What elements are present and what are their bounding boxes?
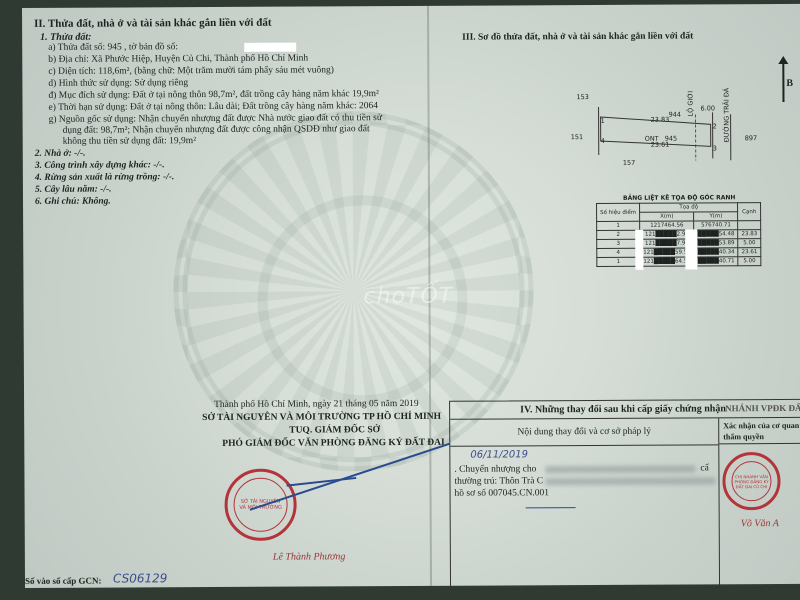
- branch-stamp-icon: CHI NHÁNH VĂN PHÒNG ĐĂNG KÝ ĐẤT ĐAI CỦ C…: [722, 452, 780, 510]
- section-iii-title: III. Sơ đồ thửa đất, nhà ở và tài sản kh…: [462, 31, 693, 42]
- entry-date: 06/11/2019: [470, 449, 528, 460]
- issuing-org: SỞ TÀI NGUYÊN VÀ MÔI TRƯỜNG TP HỒ CHÍ MI…: [202, 412, 441, 423]
- header-x: X(m): [640, 212, 694, 221]
- section-ii-subtitle: 1. Thửa đất:: [40, 32, 91, 43]
- signer-role-1: TUQ. GIÁM ĐỐC SỞ: [289, 425, 380, 435]
- watermark: choTỐT: [363, 284, 453, 309]
- entry-line-1: . Chuyển nhượng cho: [454, 464, 536, 474]
- entry-line-3: hồ sơ số 007045.CN.001: [455, 488, 550, 498]
- blurred-text: [545, 477, 715, 485]
- label-parcel-151: 151: [571, 133, 583, 141]
- parcel-diagram: 153 151 157 944 945 ONT 897 23.83 23.61 …: [582, 92, 800, 183]
- gcn-label: Số vào sổ cấp GCN:: [25, 576, 102, 586]
- item-perennial-trees: 5. Cây lâu năm: -/-.: [35, 185, 112, 195]
- item-forest: 4. Rừng sản xuất là rừng trồng: -/-.: [35, 172, 174, 183]
- field-area: c) Diện tích: 118,6m², (bằng chữ: Một tr…: [48, 65, 334, 76]
- branch-signer-name: Võ Văn A: [741, 518, 779, 529]
- field-parcel-number: a) Thửa đất số: 945 , tờ bản đồ số:: [48, 42, 178, 53]
- header-edge: Cạnh: [738, 203, 761, 221]
- label-parcel-897: 897: [745, 134, 757, 142]
- redacted-y-coords: [685, 229, 697, 269]
- issue-date-line: Thành phố Hồ Chí Minh, ngày 21 tháng 05 …: [214, 399, 419, 410]
- item-other-construction: 3. Công trình xây dựng khác: -/-.: [35, 160, 165, 171]
- label-point-2: 2: [713, 122, 717, 130]
- blurred-text: [545, 465, 695, 473]
- field-origin: g) Nguồn gốc sử dụng: Nhận chuyển nhượng…: [49, 113, 382, 125]
- col-header-content: Nội dung thay đổi và cơ sở pháp lý: [450, 418, 718, 446]
- redacted-x-coords: [635, 230, 643, 270]
- label-road-width: 6.00: [701, 104, 716, 112]
- label-edge-bottom: 23.61: [651, 141, 670, 149]
- col-header-confirmation: Xác nhận của cơ quan có thẩm quyền: [719, 418, 800, 445]
- entry-tail: cấ: [700, 463, 708, 473]
- field-usage-form: d) Hình thức sử dụng: Sử dụng riêng: [48, 78, 188, 89]
- item-notes: 6. Ghi chú: Không.: [35, 197, 111, 207]
- header-point: Số hiệu điểm: [597, 203, 640, 221]
- field-address: b) Địa chỉ: Xã Phước Hiệp, Huyện Củ Chi,…: [48, 54, 308, 65]
- signer-role-2: PHÓ GIÁM ĐỐC VĂN PHÒNG ĐĂNG KÝ ĐẤT ĐAI: [222, 438, 444, 449]
- table-row: 1121█████64.56█████40.715.00: [597, 257, 761, 267]
- label-point-4: 4: [601, 137, 605, 145]
- section-ii-title: II. Thửa đất, nhà ở và tài sản khác gắn …: [34, 17, 271, 30]
- signer-name: Lê Thành Phương: [273, 551, 346, 562]
- section-iv-changes-table: IV. Những thay đổi sau khi cấp giấy chứn…: [449, 399, 800, 590]
- label-point-1: 1: [601, 117, 605, 125]
- field-usage-purpose: đ) Mục đích sử dụng: Đất ở tại nông thôn…: [48, 89, 378, 101]
- coords-table-title: BẢNG LIỆT KÊ TỌA ĐỘ GÓC RANH: [623, 194, 735, 202]
- item-house: 2. Nhà ở: -/-.: [35, 149, 86, 159]
- label-road-name: ĐƯỜNG TRÃI ĐÁ: [722, 88, 730, 143]
- entry-line-2: thường trú: Thôn Trà C: [454, 476, 543, 486]
- label-point-3: 3: [713, 144, 717, 152]
- certificate-page: choTỐT II. Thửa đất, nhà ở và tài sản kh…: [22, 4, 800, 588]
- field-usage-term: e) Thời hạn sử dụng: Đất ở tại nông thôn…: [48, 101, 378, 113]
- redacted-map-number: [244, 43, 296, 52]
- label-edge-top: 23.83: [651, 116, 670, 124]
- overlap-header: NHÁNH VPĐK ĐẤT: [725, 403, 800, 413]
- coords-table: Số hiệu điểm Tọa độ Cạnh X(m) Y(m) 11217…: [596, 202, 761, 267]
- label-parcel-944: 944: [669, 111, 681, 119]
- label-lo-gioi: LỘ GIỚI: [686, 91, 694, 117]
- gcn-number: CS06129: [113, 571, 167, 585]
- label-parcel-153: 153: [576, 93, 588, 101]
- field-origin-cont2: không thu tiền sử dụng đất: 19,9m²: [63, 136, 196, 147]
- header-y: Y(m): [694, 212, 738, 221]
- north-label: B: [786, 78, 793, 89]
- label-parcel-157: 157: [623, 159, 635, 167]
- field-origin-cont1: dụng đất: 98,7m²; Nhận chuyển nhượng đất…: [63, 124, 370, 136]
- underline-stroke: [526, 507, 576, 508]
